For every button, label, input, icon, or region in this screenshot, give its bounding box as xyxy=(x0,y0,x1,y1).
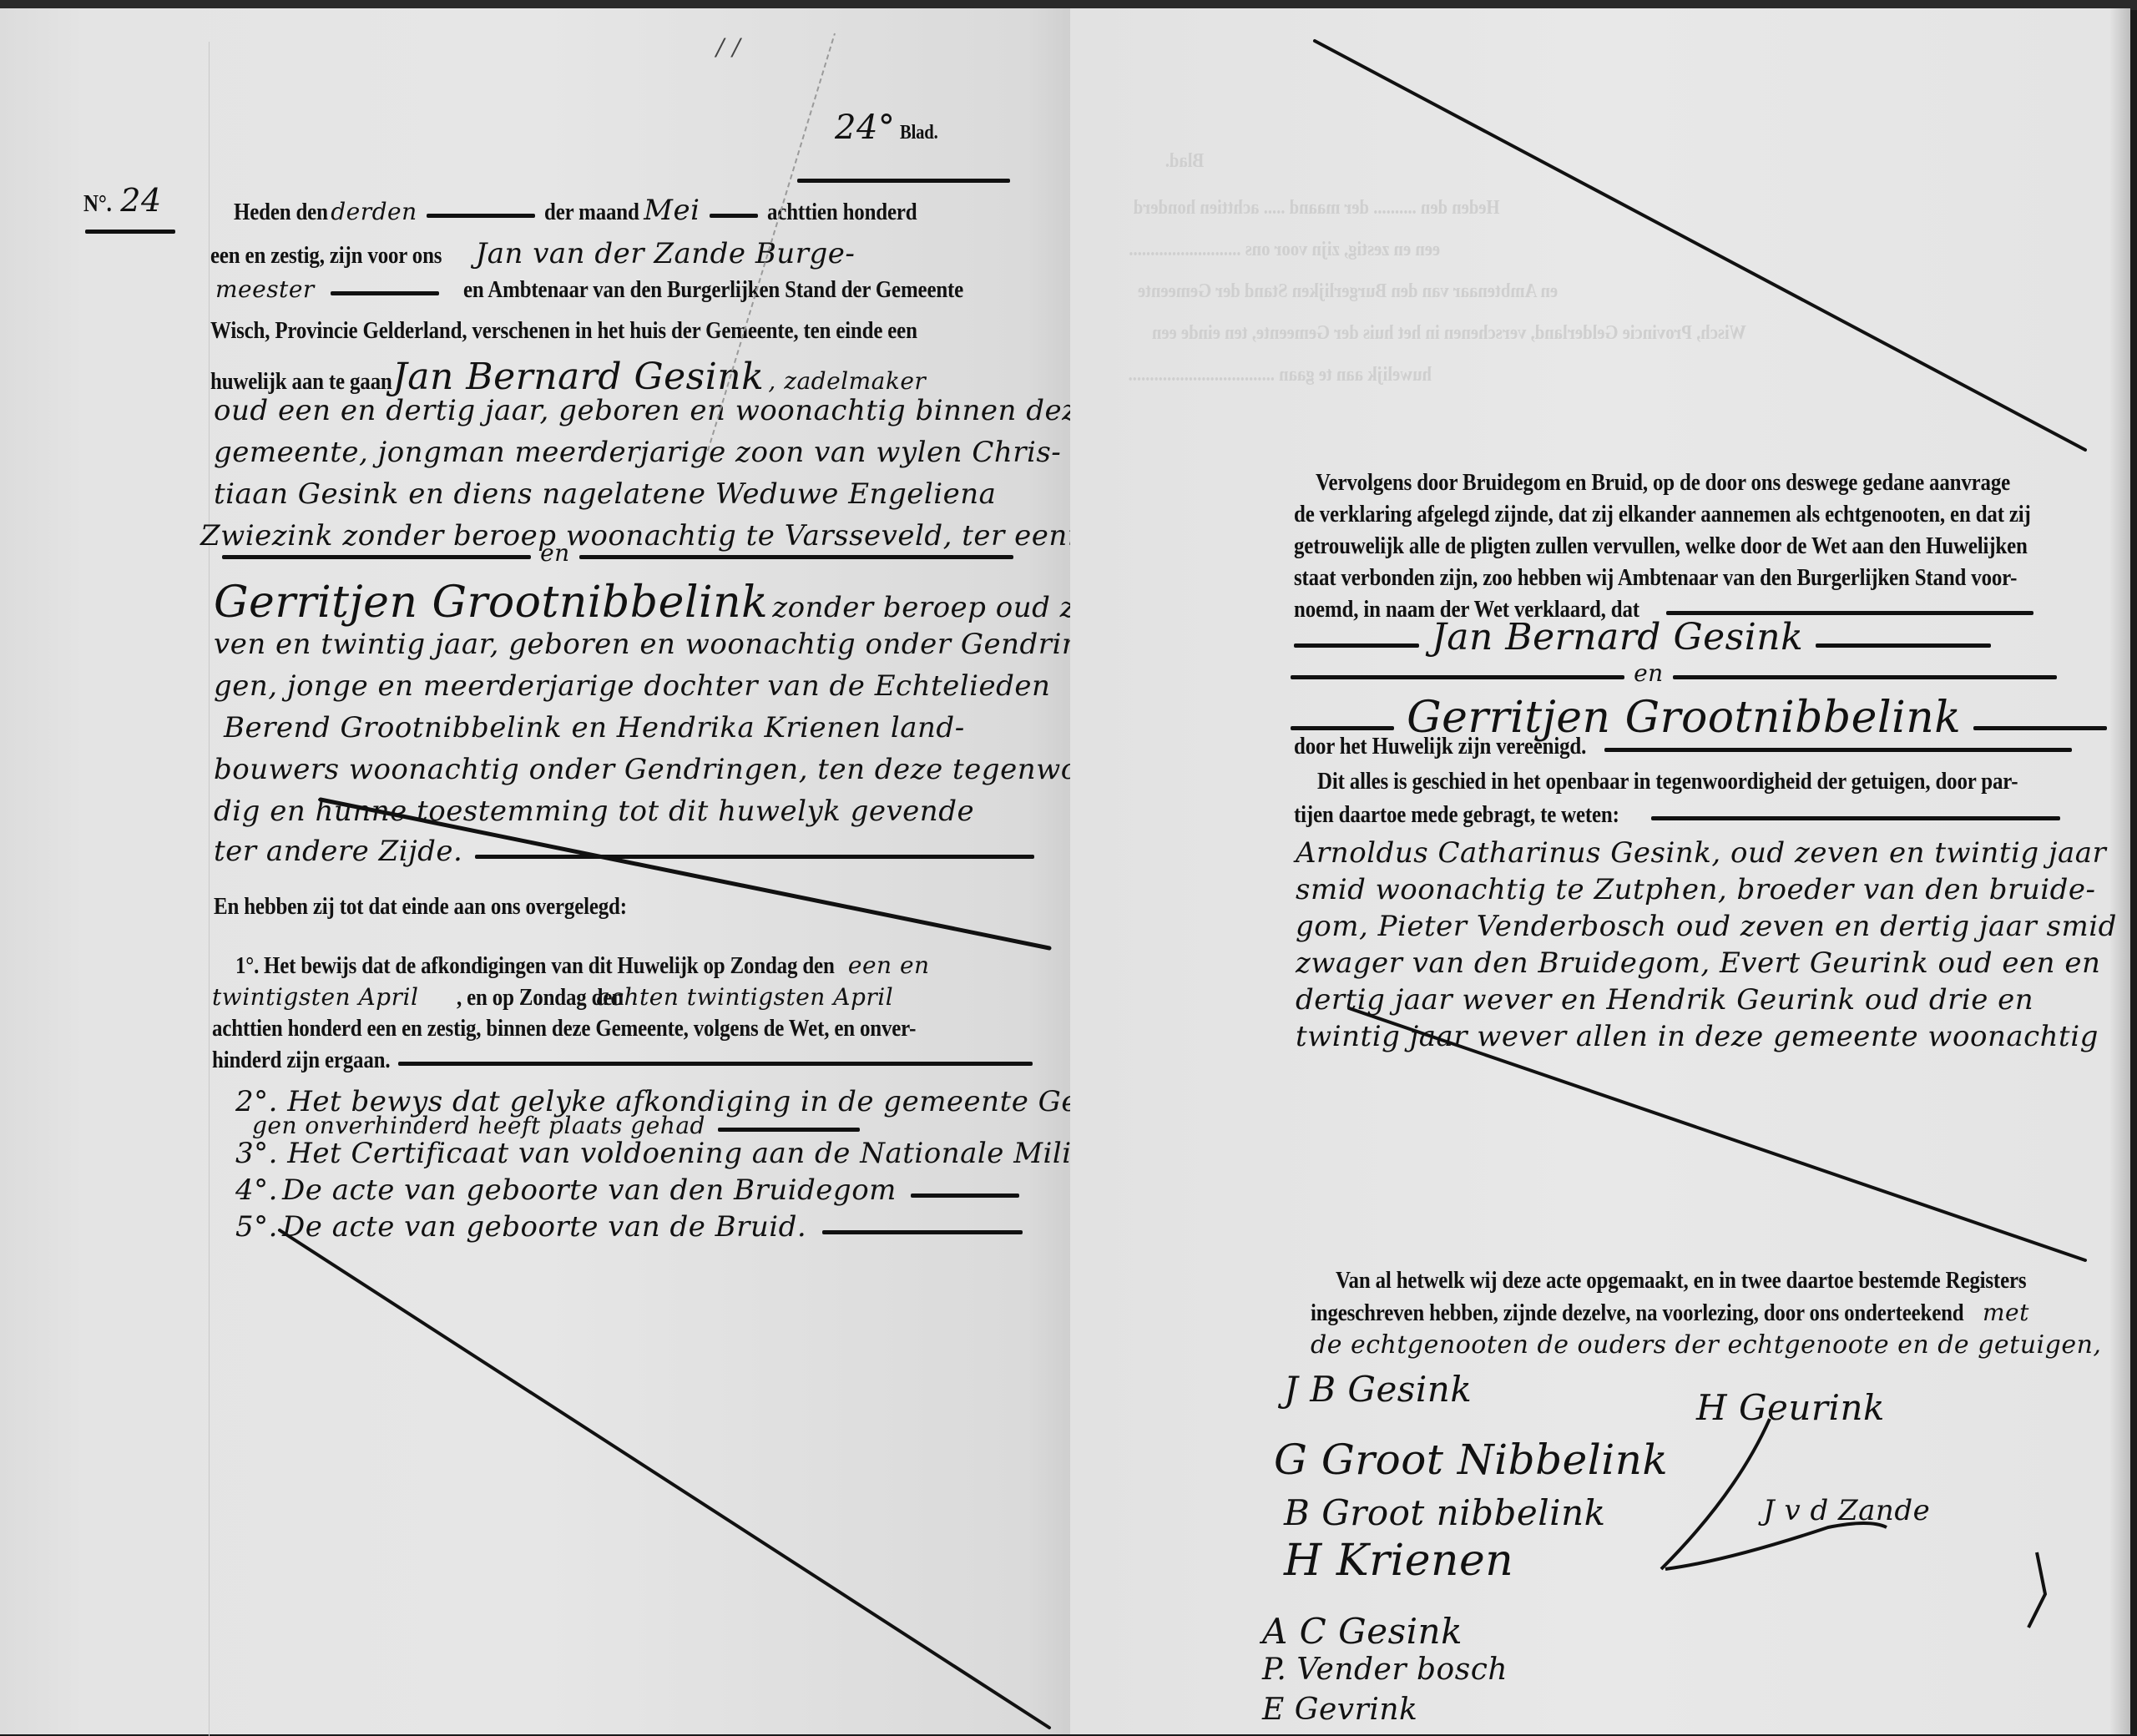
bleed-through-text: huwelijk aan te gaan ...................… xyxy=(1129,364,1432,386)
signature: H Geurink xyxy=(1696,1387,1885,1428)
item-3-line: 3°. Het Certificaat van voldoening aan d… xyxy=(235,1137,1110,1170)
preamble-line-2: een en zestig, zijn voor ons Jan van der… xyxy=(210,237,855,270)
bride-name: Gerritjen Grootnibbelink xyxy=(214,578,768,628)
date-value: achten twintigsten April xyxy=(596,983,893,1011)
item-2-line-2: gen onverhinderd heeft plaats gehad xyxy=(252,1112,860,1139)
submitted-heading: En hebben zij tot dat einde aan ons over… xyxy=(214,893,627,921)
item-number: 5°. xyxy=(235,1210,278,1244)
date-value: twintigsten April xyxy=(212,983,418,1011)
act-number-underline xyxy=(85,223,175,239)
folio-header: 24° Blad. xyxy=(835,108,944,147)
corner-mark: / / xyxy=(716,33,740,61)
item-1-line-1: 1°. Het bewijs dat de afkondigingen van … xyxy=(235,951,930,980)
bride-text-line: ven en twintig jaar, geboren en woonacht… xyxy=(214,628,1090,661)
witness-text-line: zwager van den Bruidegom, Evert Geurink … xyxy=(1296,946,2100,980)
groom-text-line: oud een en dertig jaar, geboren en woona… xyxy=(214,394,1094,427)
bleed-through-text: Blad. xyxy=(1165,150,1204,173)
item-1-line-2: twintigsten April , en op Zondag den ach… xyxy=(212,983,893,1012)
witness-text-line: dertig jaar wever en Hendrik Geurink oud… xyxy=(1296,983,2033,1017)
act-number: N°. 24 xyxy=(83,182,162,219)
witnesses-intro-line: Dit alles is geschied in het openbaar in… xyxy=(1317,768,2018,795)
bleed-through-text: Wisch, Provincie Gelderland, verschenen … xyxy=(1152,322,1746,345)
print-text: Het bewijs dat de afkondigingen van dit … xyxy=(264,952,835,980)
item-4-line: 4°. De acte van geboorte van den Bruideg… xyxy=(235,1173,1019,1207)
bride-text-line: dig en hunne toestemming tot dit huwelyk… xyxy=(214,795,974,828)
item-5-line: 5°. De acte van geboorte van de Bruid. xyxy=(235,1210,1023,1244)
right-page: Blad. Heden den .......... der maand ...… xyxy=(1070,8,2130,1734)
folio-underline xyxy=(797,172,1010,188)
witness-text-line: gom, Pieter Venderbosch oud zeven en der… xyxy=(1296,910,2117,943)
groom-name-line: Jan Bernard Gesink xyxy=(1294,616,1991,659)
witness-text-line: Arnoldus Catharinus Gesink, oud zeven en… xyxy=(1296,836,2106,870)
month-value: Mei xyxy=(644,194,700,227)
print-text: tijen daartoe mede gebragt, te weten: xyxy=(1294,801,1619,829)
official-signature: J v d Zande xyxy=(1763,1494,1930,1527)
bride-text-line-last: ter andere Zijde. xyxy=(214,835,1034,868)
closing-line-3: de echtgenooten de ouders der echtgenoot… xyxy=(1311,1330,2101,1360)
preamble-line-4: Wisch, Provincie Gelderland, verschenen … xyxy=(210,317,1033,345)
separator-en: en xyxy=(1291,659,2057,687)
act-number-prefix: N°. xyxy=(83,190,112,218)
left-page: / / 24° Blad. N°. 24 Heden den derden de… xyxy=(0,8,1070,1734)
item-text: De acte van geboorte van den Bruidegom xyxy=(282,1173,897,1207)
item-1-line-4: hinderd zijn ergaan. xyxy=(212,1047,1033,1074)
print-text: achttien honderd xyxy=(767,199,917,226)
signature: G Groot Nibbelink xyxy=(1274,1436,1668,1484)
folio-label: Blad. xyxy=(900,122,938,144)
item-text: Het Certificaat van voldoening aan de Na… xyxy=(287,1137,1110,1170)
print-text: ingeschreven hebben, zijnde dezelve, na … xyxy=(1311,1299,1964,1327)
groom-text-line: tiaan Gesink en diens nagelatene Weduwe … xyxy=(214,477,996,511)
item-number: 3°. xyxy=(235,1137,278,1170)
bride-text-line: gen, jonge en meerderjarige dochter van … xyxy=(214,669,1050,703)
connector-word: en xyxy=(540,539,570,567)
declaration-line: de verklaring afgelegd zijnde, dat zij e… xyxy=(1294,501,2031,528)
print-text: , en op Zondag den xyxy=(457,984,624,1012)
declaration-line: getrouwelijk alle de pligten zullen verv… xyxy=(1294,532,2028,560)
official-name: Jan van der Zande Burge- xyxy=(476,237,856,270)
bride-text: ter andere Zijde. xyxy=(214,835,462,868)
official-title: meester xyxy=(215,275,315,303)
witnesses-intro-line-2: tijen daartoe mede gebragt, te weten: xyxy=(1294,801,2060,829)
bleed-through-text: Heden den .......... der maand ..... ach… xyxy=(1134,197,1500,220)
print-text: Wisch, Provincie Gelderland, verschenen … xyxy=(210,317,917,345)
act-number-value: 24 xyxy=(120,182,161,219)
date-value: een en xyxy=(848,951,930,979)
item-1-line-3: achttien honderd een en zestig, binnen d… xyxy=(212,1015,916,1042)
bride-name-line: Gerritjen Grootnibbelink zonder beroep o… xyxy=(214,578,1103,628)
bride-text: zonder beroep oud ze- xyxy=(772,591,1103,624)
signature: P. Vender bosch xyxy=(1262,1653,1508,1687)
groom-occupation: , zadelmaker xyxy=(768,367,926,395)
print-text: en Ambtenaar van den Burgerlijken Stand … xyxy=(463,276,963,304)
day-value: derden xyxy=(331,198,417,225)
bleed-through-text: en Ambtenaar van den Burgerlijken Stand … xyxy=(1138,280,1558,303)
folio-number: 24° xyxy=(835,108,895,147)
item-number: 1°. xyxy=(235,952,259,980)
connector-word: en xyxy=(1634,659,1664,687)
preamble-line-1: Heden den derden der maand Mei achttien … xyxy=(234,194,1035,227)
groom-name: Jan Bernard Gesink xyxy=(392,356,764,398)
bride-text-line: bouwers woonachtig onder Gendringen, ten… xyxy=(214,753,1119,786)
signature: B Groot nibbelink xyxy=(1284,1492,1606,1533)
print-text: der maand xyxy=(544,199,639,226)
print-text: hinderd zijn ergaan. xyxy=(212,1047,390,1074)
signature: J B Gesink xyxy=(1284,1369,1472,1410)
item-number: 4°. xyxy=(235,1173,278,1207)
separator-en: en xyxy=(222,539,1013,567)
closing-line-1: Van al hetwelk wij deze acte opgemaakt, … xyxy=(1336,1267,2026,1294)
margin-rule xyxy=(209,42,210,1736)
signature: E Gevrink xyxy=(1262,1693,1417,1727)
item-text: gen onverhinderd heeft plaats gehad xyxy=(252,1112,705,1139)
signature: H Krienen xyxy=(1284,1536,1513,1586)
print-text: een en zestig, zijn voor ons xyxy=(210,242,442,270)
print-text: door het Huwelijk zijn vereenigd. xyxy=(1294,733,1586,760)
groom-text-line: gemeente, jongman meerderjarige zoon van… xyxy=(214,436,1061,469)
preamble-line-3: meester en Ambtenaar van den Burgerlijke… xyxy=(215,275,1045,304)
groom-name: Jan Bernard Gesink xyxy=(1432,616,1803,659)
bleed-through-text: een en zestig, zijn voor ons ...........… xyxy=(1129,239,1440,261)
united-line: door het Huwelijk zijn vereenigd. xyxy=(1294,733,2072,760)
signature: A C Gesink xyxy=(1262,1611,1463,1652)
closing-line-2: ingeschreven hebben, zijnde dezelve, na … xyxy=(1311,1299,2029,1327)
declaration-line: staat verbonden zijn, zoo hebben wij Amb… xyxy=(1294,564,2017,592)
print-text: huwelijk aan te gaan xyxy=(210,368,392,396)
witness-text-line: twintig jaar wever allen in deze gemeent… xyxy=(1296,1020,2099,1053)
print-text: Heden den xyxy=(234,199,328,226)
declaration-line: Vervolgens door Bruidegom en Bruid, op d… xyxy=(1316,469,2010,497)
closing-hand: met xyxy=(1983,1299,2029,1326)
witness-text-line: smid woonachtig te Zutphen, broeder van … xyxy=(1296,873,2095,906)
preamble-line-5: huwelijk aan te gaan Jan Bernard Gesink … xyxy=(210,356,926,398)
bride-text-line: Berend Grootnibbelink en Hendrika Kriene… xyxy=(224,711,965,744)
item-text: De acte van geboorte van de Bruid. xyxy=(282,1210,806,1244)
